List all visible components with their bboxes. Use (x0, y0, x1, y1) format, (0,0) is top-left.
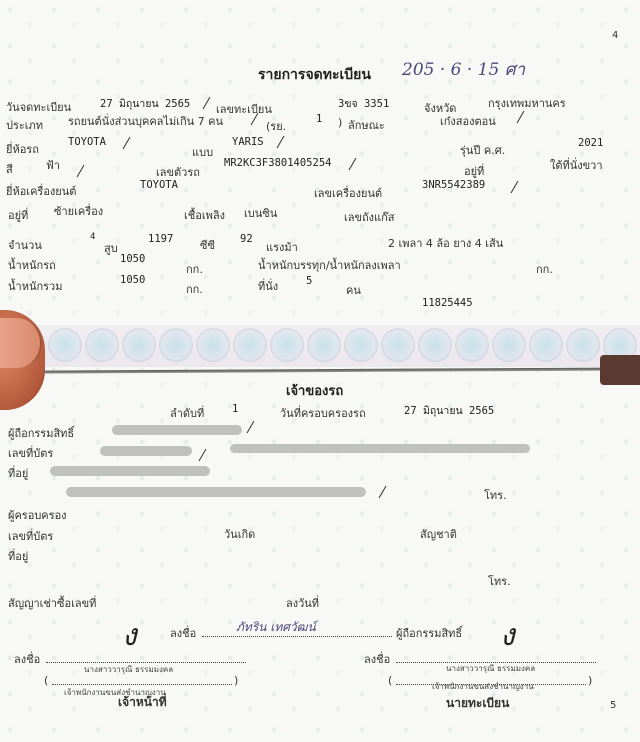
body-value: เก๋งสองตอน (440, 112, 496, 130)
seal-icon (159, 328, 193, 362)
possess-date-label: วันที่ครอบครองรถ (280, 404, 366, 422)
chassis-value: MR2KC3F3801405254 (224, 157, 331, 169)
tel2-label: โทร. (488, 572, 511, 590)
load-label: น้ำหนักบรรทุก/น้ำหนักลงเพลา (258, 256, 401, 274)
tel-label: โทร. (484, 486, 507, 504)
holder-sign-label: ลงชื่อ (170, 624, 196, 642)
left-official-role: เจ้าหน้าที่ (118, 693, 167, 712)
page-fold (40, 367, 640, 373)
seal-icon (270, 328, 304, 362)
cc-value: 1197 (148, 233, 173, 245)
plate-value: 3ขจ 3351 (338, 95, 389, 112)
seal-icon (381, 328, 415, 362)
engine-location-label: อยู่ที่ (8, 206, 28, 224)
page-number-bottom: 5 (610, 700, 616, 711)
model-value: YARIS (232, 136, 264, 148)
weight-value: 1050 (120, 253, 145, 265)
address-label: ที่อยู่ (8, 464, 28, 482)
type-value: รถยนต์นั่งส่วนบุคคลไม่เกิน 7 คน (68, 112, 223, 130)
tick-mark (203, 97, 211, 110)
right-official-name: นางสาววารุณี ธรรมมงคล (446, 662, 535, 675)
fuel-value: เบนซิน (244, 204, 277, 222)
right-official-role: นายทะเบียน (446, 694, 509, 713)
axles-wheels-value: 2 เพลา 4 ล้อ ยาง 4 เส้น (388, 234, 503, 252)
brand-value: TOYOTA (68, 136, 106, 148)
redacted-details (230, 444, 530, 453)
initial-mark: ง (122, 612, 137, 659)
engine-brand-value: TOYOTA (140, 179, 178, 191)
tick-mark (123, 137, 131, 150)
seal-icon (344, 328, 378, 362)
possessor-label: ผู้ครอบครอง (8, 506, 67, 524)
seal-icon (418, 328, 452, 362)
seal-icon (85, 328, 119, 362)
right-paren-close: ) (588, 674, 592, 687)
gross-weight-value: 1050 (120, 274, 145, 286)
tick-mark (77, 165, 85, 178)
cylinders-unit: สูบ (104, 239, 118, 257)
horsepower-unit: แรงม้า (266, 238, 298, 256)
seal-icon (492, 328, 526, 362)
registration-book-page: 4 รายการจดทะเบียน 205 · 6 · 15 ศา วันจดท… (0, 0, 640, 742)
gas-tank-label: เลขถังแก๊ส (344, 208, 395, 226)
left-sign-label: ลงชื่อ (14, 650, 40, 668)
seal-icon (48, 328, 82, 362)
redacted-id (100, 446, 192, 456)
type-label: ประเภท (6, 116, 43, 134)
engine-number-label: เลขเครื่องยนต์ (314, 184, 382, 202)
contract-label: สัญญาเช่าซื้อเลขที่ (8, 594, 96, 612)
holder-signature: ภัทริน เทศวัฒน์ (236, 618, 316, 637)
seal-icon (233, 328, 267, 362)
color-label: สี (6, 160, 13, 178)
cc-unit: ซีซี (200, 236, 215, 254)
horsepower-value: 92 (240, 233, 253, 245)
gross-weight-unit: กก. (186, 280, 203, 298)
tick-mark (247, 421, 255, 434)
contract-date-label: ลงวันที่ (286, 594, 319, 612)
ry-value: 1 (316, 113, 322, 125)
year-value: 2021 (578, 137, 603, 149)
tick-mark (277, 136, 285, 149)
address2-label: ที่อยู่ (8, 547, 28, 565)
engine-brand-label: ยี่ห้อเครื่องยนต์ (6, 182, 76, 200)
right-official-position: เจ้าพนักงานขนส่งชำนาญงาน (432, 680, 534, 693)
seal-icon (122, 328, 156, 362)
seal-icon (455, 328, 489, 362)
left-official-name: นางสาววารุณี ธรรมมงคล (84, 663, 173, 676)
tick-mark (199, 449, 207, 462)
plate-label: เลขทะเบียน (216, 100, 272, 118)
color-value: ฟ้า (46, 156, 60, 174)
cylinders-value: 4 (90, 232, 95, 242)
tick-mark (517, 111, 525, 124)
model-label: แบบ (192, 143, 213, 161)
tick-mark (379, 486, 387, 499)
nationality-label: สัญชาติ (420, 525, 457, 543)
ry-label: (รย. (266, 117, 286, 135)
redacted-name (112, 425, 242, 435)
seats-value: 5 (306, 275, 312, 287)
left-paren-close: ) (234, 674, 238, 687)
right-paren-open: ( (388, 674, 392, 687)
handwritten-note: 205 · 6 · 15 ศา (402, 56, 525, 83)
engine-location-value: ซ้ายเครื่อง (54, 202, 103, 220)
redacted-address (50, 466, 210, 476)
serial-number: 11825445 (422, 297, 473, 309)
gross-weight-label: น้ำหนักรวม (8, 277, 62, 295)
ry-close: ) (338, 116, 342, 129)
holder-label: ผู้ถือกรรมสิทธิ์ (8, 424, 74, 442)
engine-number-value: 3NR5542389 (422, 179, 485, 191)
id-label: เลขที่บัตร (8, 444, 53, 462)
id2-label: เลขที่บัตร (8, 527, 53, 545)
redacted-address-2 (66, 487, 366, 497)
chassis-location-value: ใต้ที่นั่งขวา (550, 156, 603, 174)
holder-sign-role: ผู้ถือกรรมสิทธิ์ (396, 624, 462, 642)
seq-label: ลำดับที่ (170, 404, 204, 422)
seats-unit: คน (346, 281, 361, 299)
tick-mark (349, 158, 357, 171)
left-position-line (52, 684, 232, 685)
initial-mark: ง (500, 612, 515, 659)
fuel-label: เชื้อเพลิง (184, 206, 225, 224)
reg-date-label: วันจดทะเบียน (6, 98, 71, 116)
dob-label: วันเกิด (224, 525, 255, 543)
seal-icon (566, 328, 600, 362)
province-value: กรุงเทพมหานคร (488, 94, 566, 112)
chassis-location-label: อยู่ที่ (464, 162, 484, 180)
page-number-top: 4 (612, 30, 618, 41)
load-unit: กก. (536, 260, 553, 278)
body-label: ลักษณะ (348, 116, 385, 134)
seats-label: ที่นั่ง (258, 277, 278, 295)
seal-icon (196, 328, 230, 362)
seq-value: 1 (232, 403, 238, 415)
weight-label: น้ำหนักรถ (8, 256, 56, 274)
tick-mark (511, 181, 519, 194)
possess-date-value: 27 มิถุนายน 2565 (404, 402, 494, 419)
weight-unit: กก. (186, 260, 203, 278)
right-sign-label: ลงชื่อ (364, 650, 390, 668)
reg-date-value: 27 มิถุนายน 2565 (100, 95, 190, 112)
brand-label: ยี่ห้อรถ (6, 140, 39, 158)
seal-icon (529, 328, 563, 362)
finger-edge (600, 355, 640, 385)
left-paren-open: ( (44, 674, 48, 687)
owner-title: เจ้าของรถ (286, 380, 343, 401)
seal-icon (307, 328, 341, 362)
registration-title: รายการจดทะเบียน (258, 64, 371, 86)
count-label: จำนวน (8, 236, 42, 254)
year-label: รุ่นปี ค.ศ. (460, 141, 505, 159)
